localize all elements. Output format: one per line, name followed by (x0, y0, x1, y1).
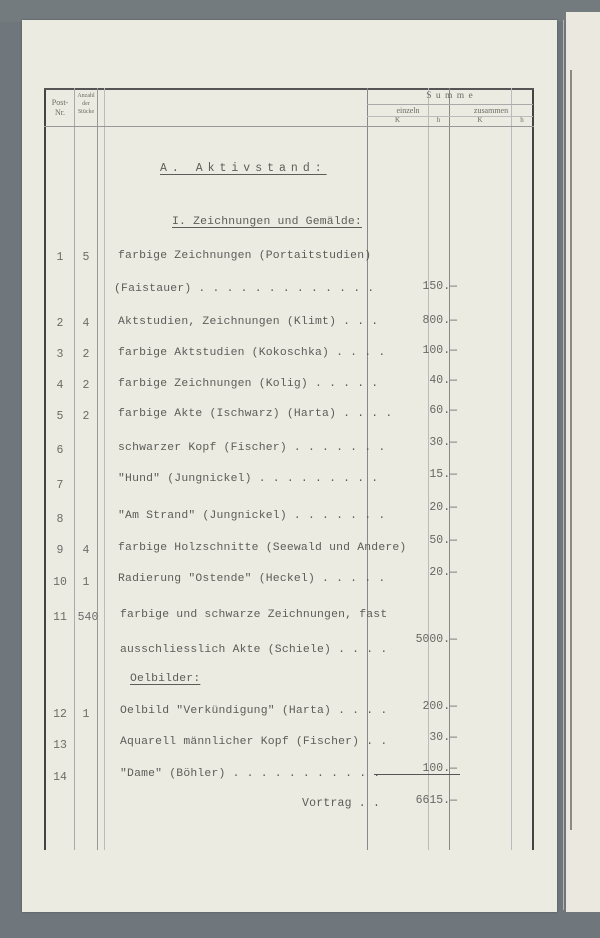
subsection-drawings: I. Zeichnungen und Gemälde: (172, 216, 362, 228)
header-anzahl: Anzahl der Stücke (75, 92, 97, 116)
row-text: farbige Holzschnitte (Seewald und Andere… (118, 542, 406, 554)
row-text: Aquarell männlicher Kopf (Fischer) . . (120, 736, 387, 748)
background-bar (0, 0, 600, 22)
row-anzahl: 1 (75, 576, 97, 589)
row-amount: 30.— (367, 436, 457, 449)
row-post: 10 (46, 576, 74, 589)
row-text-cont: ausschliesslich Akte (Schiele) . . . . (120, 644, 387, 656)
row-anzahl: 4 (75, 544, 97, 557)
row-text: farbige Zeichnungen (Portaitstudien) (118, 250, 371, 262)
header-rule-summe (367, 104, 533, 105)
row-post: 9 (46, 544, 74, 557)
row-post: 11 (46, 611, 74, 624)
row-amount: 40.— (367, 374, 457, 387)
row-anzahl: 5 (75, 251, 97, 264)
row-anzahl: 2 (75, 379, 97, 392)
row-post: 13 (46, 739, 74, 752)
header-h-zusammen: h (511, 116, 533, 124)
row-text: farbige Akte (Ischwarz) (Harta) . . . . (118, 408, 392, 420)
row-amount: 20.— (367, 566, 457, 579)
col-divider-text (104, 88, 105, 850)
row-post: 5 (46, 410, 74, 423)
col-divider-zusammen-h (511, 88, 512, 850)
row-amount: 50.— (367, 534, 457, 547)
row-post: 8 (46, 513, 74, 526)
row-amount: 60.— (367, 404, 457, 417)
header-h-einzeln: h (428, 116, 449, 124)
header-einzeln: einzeln (367, 106, 449, 115)
row-text: Aktstudien, Zeichnungen (Klimt) . . . (118, 316, 378, 328)
row-anzahl: 1 (75, 708, 97, 721)
sum-rule (374, 774, 460, 775)
row-anzahl: 2 (75, 410, 97, 423)
row-post: 12 (46, 708, 74, 721)
row-post: 14 (46, 771, 74, 784)
row-text: farbige Aktstudien (Kokoschka) . . . . (118, 347, 385, 359)
header-k-einzeln: K (367, 116, 428, 124)
row-text: "Hund" (Jungnickel) . . . . . . . . . (118, 473, 378, 485)
row-post: 4 (46, 379, 74, 392)
header-zusammen: zusammen (449, 106, 533, 115)
frame-top (44, 88, 534, 90)
col-divider-post (74, 88, 75, 850)
row-text-cont: (Faistauer) . . . . . . . . . . . . . (114, 283, 374, 295)
row-text: "Dame" (Böhler) . . . . . . . . . . . (120, 768, 380, 780)
adjacent-page-rule (570, 70, 572, 830)
col-divider-anzahl (97, 88, 98, 850)
row-text: Oelbild "Verkündigung" (Harta) . . . . (120, 705, 387, 717)
row-amount: 200.— (367, 700, 457, 713)
row-anzahl: 2 (75, 348, 97, 361)
row-post: 2 (46, 317, 74, 330)
header-rule-bottom (44, 126, 534, 127)
frame-right (532, 88, 534, 850)
row-amount: 30.— (367, 731, 457, 744)
row-amount: 5000.— (367, 633, 457, 646)
row-text: "Am Strand" (Jungnickel) . . . . . . . (118, 510, 385, 522)
row-amount: 20.— (367, 501, 457, 514)
vortrag-amount: 6615.— (367, 794, 457, 807)
header-post-nr: Post- Nr. (46, 98, 74, 118)
row-post: 6 (46, 444, 74, 457)
row-amount: 15.— (367, 468, 457, 481)
header-k-zusammen: K (449, 116, 511, 124)
row-post: 1 (46, 251, 74, 264)
subsection-oil-paintings: Oelbilder: (130, 673, 200, 685)
row-text: farbige und schwarze Zeichnungen, fast (120, 609, 387, 621)
row-anzahl: 540 (75, 611, 101, 624)
row-post: 3 (46, 348, 74, 361)
ledger-table: Post- Nr. Anzahl der Stücke S u m m e ei… (44, 88, 534, 850)
row-post: 7 (46, 479, 74, 492)
row-amount: 100.— (367, 344, 457, 357)
section-title: A. Aktivstand: (160, 162, 327, 175)
header-summe: S u m m e (367, 91, 533, 101)
row-anzahl: 4 (75, 317, 97, 330)
page-edge (563, 20, 564, 910)
row-amount: 800.— (367, 314, 457, 327)
row-amount: 150.— (367, 280, 457, 293)
frame-left (44, 88, 46, 850)
row-text: schwarzer Kopf (Fischer) . . . . . . . (118, 442, 385, 454)
row-text: farbige Zeichnungen (Kolig) . . . . . (118, 378, 378, 390)
row-text: Radierung "Ostende" (Heckel) . . . . . (118, 573, 385, 585)
